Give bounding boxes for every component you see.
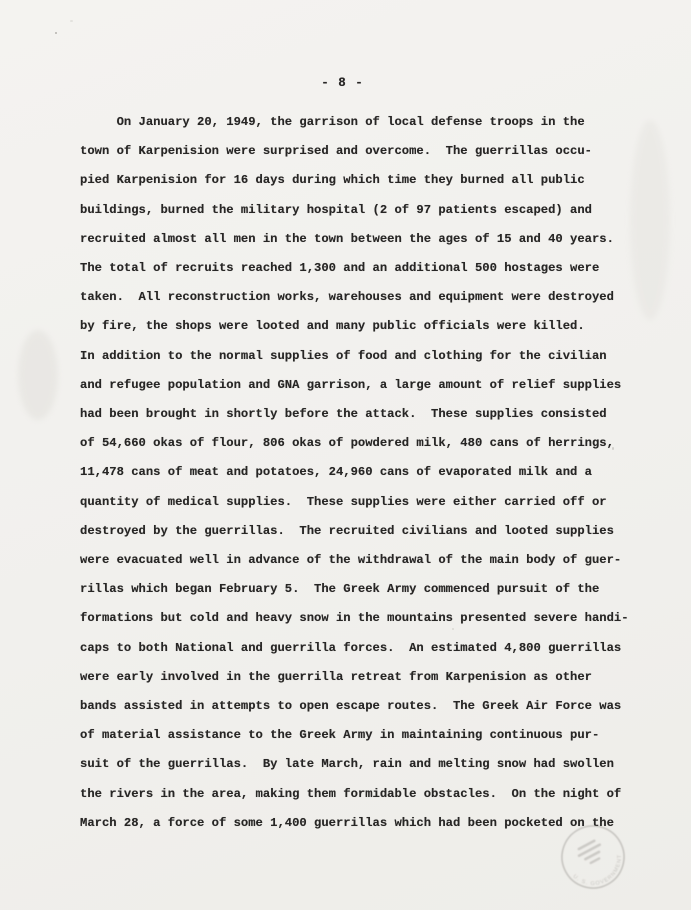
text-line: taken. All reconstruction works, warehou…	[80, 283, 640, 312]
page-number: - 8 -	[0, 76, 685, 90]
paper-speck	[452, 628, 454, 630]
stamp-center-marks	[574, 838, 607, 868]
text-line: In addition to the normal supplies of fo…	[80, 342, 640, 371]
text-line: bands assisted in attempts to open escap…	[80, 692, 640, 721]
text-line: town of Karpenision were surprised and o…	[80, 137, 640, 166]
text-line: were early involved in the guerrilla ret…	[80, 663, 640, 692]
text-line: suit of the guerrillas. By late March, r…	[80, 750, 640, 779]
paper-smudge	[630, 120, 670, 320]
text-line: of 54,660 okas of flour, 806 okas of pow…	[80, 429, 640, 458]
document-page: - 8 - On January 20, 1949, the garrison …	[0, 0, 691, 910]
text-line: of material assistance to the Greek Army…	[80, 721, 640, 750]
text-line: were evacuated well in advance of the wi…	[80, 546, 640, 575]
paper-smudge	[18, 330, 58, 420]
paper-speck	[70, 20, 73, 22]
text-line: destroyed by the guerrillas. The recruit…	[80, 517, 640, 546]
text-line: caps to both National and guerrilla forc…	[80, 634, 640, 663]
text-line: quantity of medical supplies. These supp…	[80, 488, 640, 517]
text-line: formations but cold and heavy snow in th…	[80, 604, 640, 633]
text-line: 11,478 cans of meat and potatoes, 24,960…	[80, 458, 640, 487]
text-line: recruited almost all men in the town bet…	[80, 225, 640, 254]
text-line: had been brought in shortly before the a…	[80, 400, 640, 429]
text-line: On January 20, 1949, the garrison of loc…	[80, 108, 640, 137]
text-line: pied Karpenision for 16 days during whic…	[80, 166, 640, 195]
paper-speck	[612, 447, 614, 450]
text-line: buildings, burned the military hospital …	[80, 196, 640, 225]
paper-speck	[55, 32, 57, 34]
text-line: by fire, the shops were looted and many …	[80, 312, 640, 341]
text-line: The total of recruits reached 1,300 and …	[80, 254, 640, 283]
text-line: and refugee population and GNA garrison,…	[80, 371, 640, 400]
text-line: rillas which began February 5. The Greek…	[80, 575, 640, 604]
text-line: the rivers in the area, making them form…	[80, 780, 640, 809]
body-text: On January 20, 1949, the garrison of loc…	[80, 108, 640, 838]
